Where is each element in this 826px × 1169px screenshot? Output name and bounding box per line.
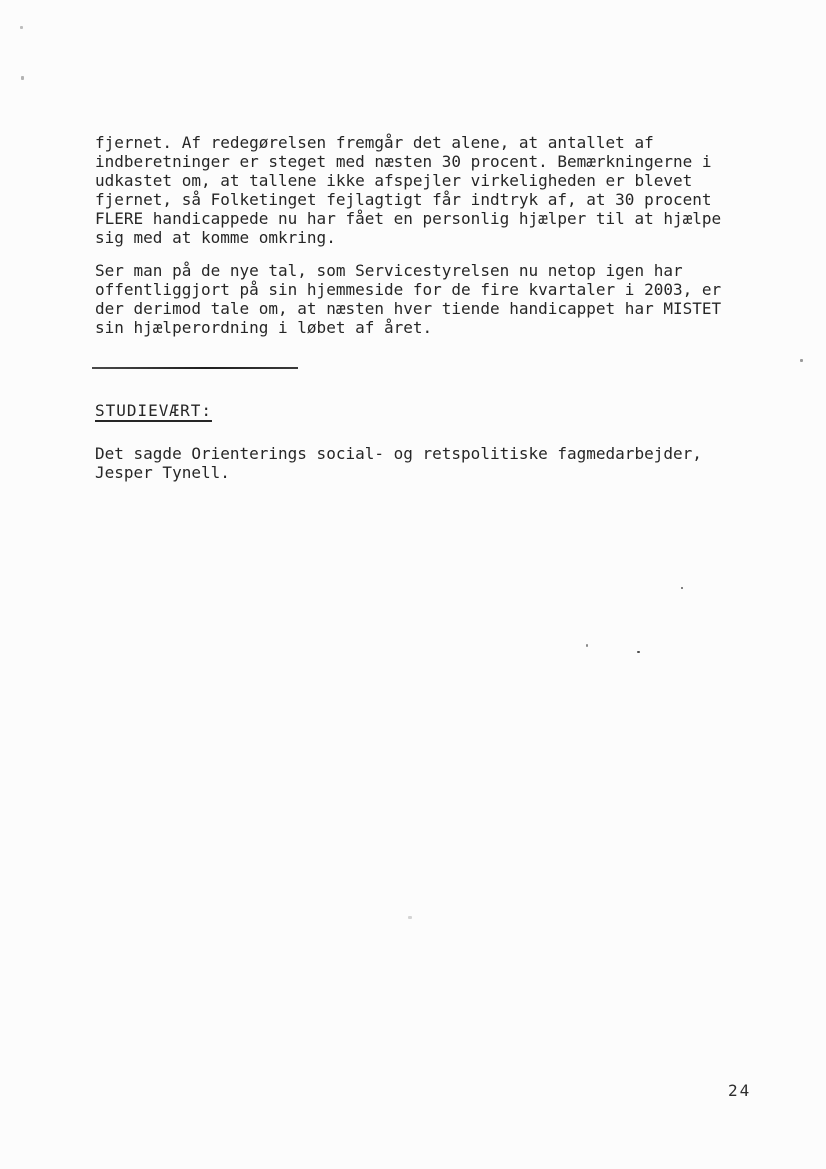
page-number: 24 <box>728 1081 751 1100</box>
document-body: fjernet. Af redegørelsen fremgår det ale… <box>95 133 755 482</box>
studievaert-heading: STUDIEVÆRT: <box>95 401 212 420</box>
scan-artifact <box>408 916 412 919</box>
scan-artifact <box>20 26 23 29</box>
paragraph-report-figures: fjernet. Af redegørelsen fremgår det ale… <box>95 133 755 247</box>
paragraph-new-figures: Ser man på de nye tal, som Servicestyrel… <box>95 261 755 337</box>
scan-artifact <box>800 359 803 362</box>
scan-artifact <box>586 644 588 647</box>
scan-artifact <box>21 76 24 80</box>
scanned-document-page: fjernet. Af redegørelsen fremgår det ale… <box>0 0 826 1169</box>
scan-artifact <box>637 651 640 653</box>
scan-artifact <box>681 587 683 589</box>
paragraph-closing-attribution: Det sagde Orienterings social- og retspo… <box>95 444 755 482</box>
